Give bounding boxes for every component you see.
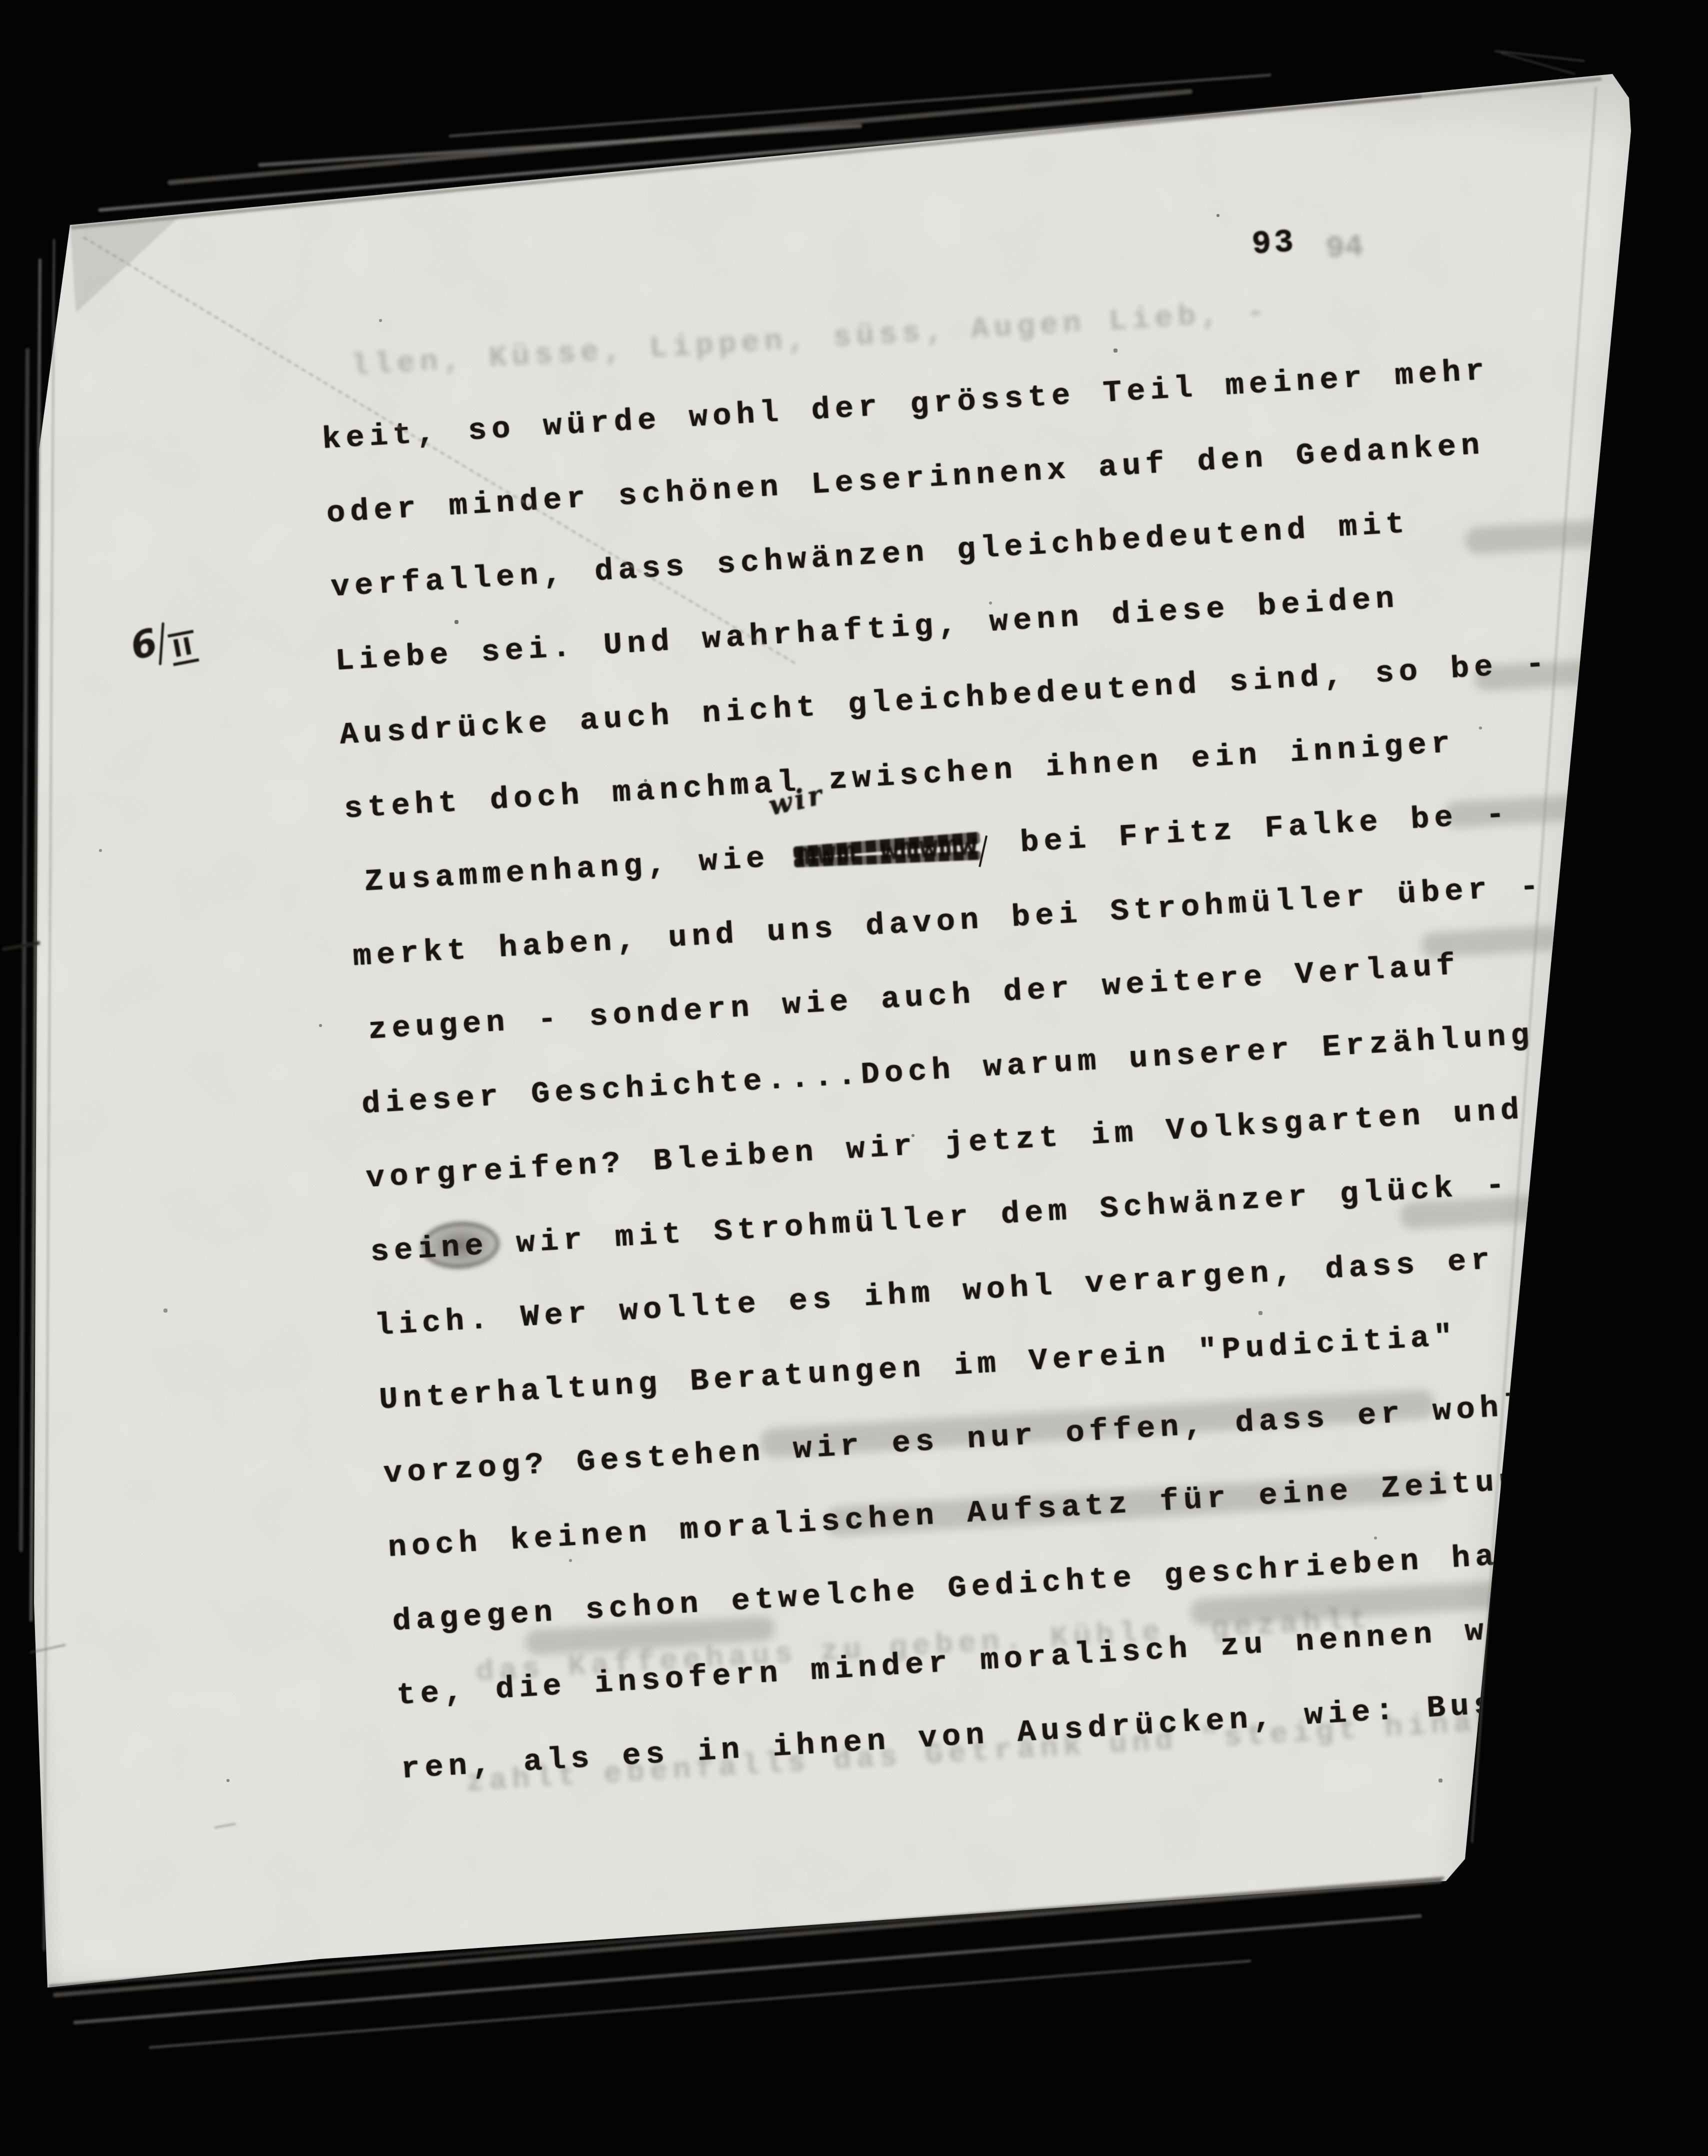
margin-annotation: 6II bbox=[126, 612, 198, 671]
typed-text-block: keit, so würde wohl der grösste Teil mei… bbox=[320, 332, 1601, 1806]
typed-text: Zusammenhang, wie bbox=[363, 838, 798, 899]
margin-annotation-numeral: II bbox=[167, 630, 199, 666]
page-number: 93 bbox=[1251, 224, 1297, 263]
paper-page: llen, Küsse, Lippen, süss, Augen Lieb, -… bbox=[0, 0, 1708, 2156]
dust-specks bbox=[0, 0, 1, 1]
typed-text: bei Fritz Falke be - bbox=[991, 796, 1510, 862]
ghost-page-number: 94 bbox=[1325, 229, 1364, 266]
struck-out-text: mwm wmwmw bbox=[795, 809, 980, 893]
scanned-document-photo: { "document": { "page_number": "93", "gh… bbox=[0, 0, 1708, 2156]
margin-annotation-slash bbox=[158, 622, 164, 665]
margin-annotation-number: 6 bbox=[126, 621, 161, 668]
